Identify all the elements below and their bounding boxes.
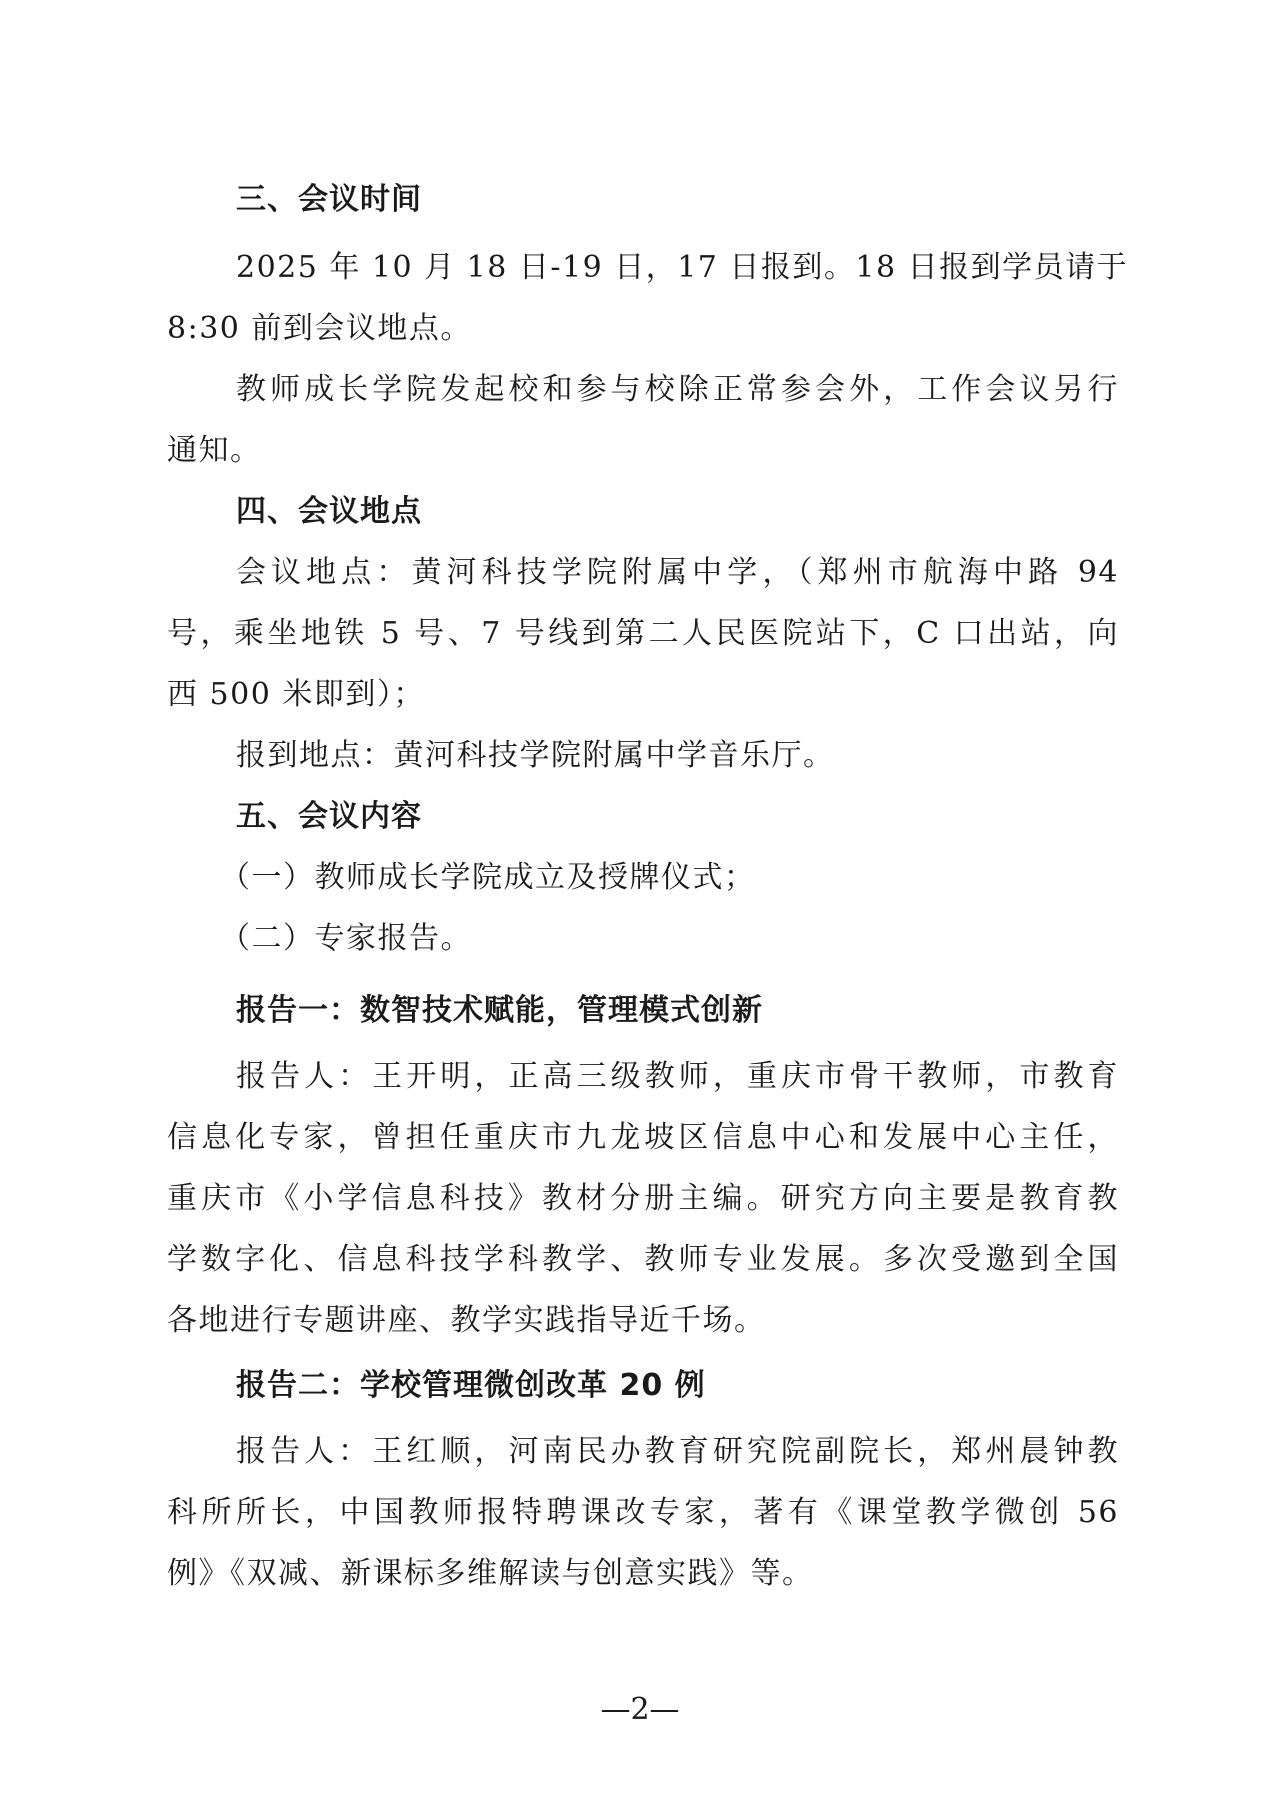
paragraph-line: 教师成长学院发起校和参与校除正常参会外，工作会议另行 xyxy=(236,370,1119,410)
paragraph-line: 西 500 米即到）； xyxy=(167,675,425,715)
page-number: —2— xyxy=(0,1690,1280,1730)
agenda-item-2: （二）专家报告。 xyxy=(220,919,472,959)
report-line: 例》《双减、新课标多维解读与创意实践》等。 xyxy=(167,1554,814,1594)
paragraph-line: 8:30 前到会议地点。 xyxy=(167,309,472,349)
section-heading-location: 四、会议地点 xyxy=(236,492,422,532)
paragraph-line: 报到地点：黄河科技学院附属中学音乐厅。 xyxy=(236,736,835,776)
report-line: 科所所长，中国教师报特聘课改专家，著有《课堂教学微创 56 xyxy=(167,1493,1119,1533)
section-heading-content: 五、会议内容 xyxy=(236,797,422,837)
report-line: 各地进行专题讲座、教学实践指导近千场。 xyxy=(167,1301,766,1341)
report-line: 学数字化、信息科技学科教学、教师专业发展。多次受邀到全国 xyxy=(167,1240,1119,1280)
paragraph-line: 通知。 xyxy=(167,431,262,471)
paragraph-line: 2025 年 10 月 18 日-19 日，17 日报到。18 日报到学员请于 xyxy=(236,248,1119,288)
report-line: 重庆市《小学信息科技》教材分册主编。研究方向主要是教育教 xyxy=(167,1179,1119,1219)
report-title-1: 报告一：数智技术赋能，管理模式创新 xyxy=(236,991,763,1031)
report-line: 报告人：王红顺，河南民办教育研究院副院长，郑州晨钟教 xyxy=(236,1432,1119,1472)
document-page: 三、会议时间 2025 年 10 月 18 日-19 日，17 日报到。18 日… xyxy=(0,0,1280,1811)
paragraph-line: 会议地点：黄河科技学院附属中学，（郑州市航海中路 94 xyxy=(236,553,1119,593)
agenda-item-1: （一）教师成长学院成立及授牌仪式； xyxy=(220,858,756,898)
report-line: 信息化专家，曾担任重庆市九龙坡区信息中心和发展中心主任， xyxy=(167,1118,1119,1158)
report-title-2: 报告二：学校管理微创改革 20 例 xyxy=(236,1366,706,1406)
section-heading-time: 三、会议时间 xyxy=(236,180,422,220)
report-line: 报告人：王开明，正高三级教师，重庆市骨干教师，市教育 xyxy=(236,1057,1119,1097)
paragraph-line: 号，乘坐地铁 5 号、7 号线到第二人民医院站下，C 口出站，向 xyxy=(167,614,1119,654)
